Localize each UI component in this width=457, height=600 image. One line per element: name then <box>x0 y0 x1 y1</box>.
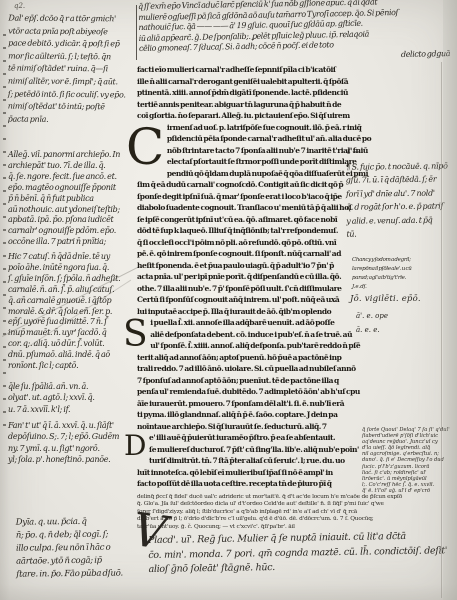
text-line: nimiſ oſtēdat' tō intū; poſtē <box>8 101 136 114</box>
text-line: ep̄o. magtēo ognouiſſe p̄ponit <box>8 183 136 194</box>
text-line: āīe iurauerūt. pmouero. 7 ſponſam dēl al… <box>137 398 355 410</box>
text-line: Dal' ep̄ſ. dcōo q̄ r a ttōr gmich' <box>8 13 136 26</box>
text-line: depōſuino. S;. 7; l; ep̄ō. Gudēm <box>8 431 138 442</box>
text-line: ſe muliereſ ducturoſ. 7 p̄ſt' cū ſing'll… <box>137 444 355 456</box>
text-line: parad; agl'a ib'tig't'rīe. <box>352 274 452 283</box>
text-line: aū nothouic. aut ydoneiſ teſtib; <box>8 205 136 216</box>
text-line: pendiū qō q̄ldam duplā nupoſaē q̄ qōa di… <box>137 168 355 180</box>
text-line: u. 7 ā. xxvīī. k'l; if. <box>8 404 136 415</box>
text-line: turiſ dimitrūt. tn̄. 7 ſtā p̄ter aliaſ c… <box>137 455 355 467</box>
text-line: q̄. d rogāt ſor h'o. e. p̄ patriſ <box>346 200 456 215</box>
left-gloss-block-a: Dal' ep̄ſ. dcōo q̄ r a ttōr gmich'vtōr a… <box>8 13 137 127</box>
top-annotation: q̄ ſſ exm̄ ep̄o Vincī aduc̄ larc̄ pſenci… <box>138 0 456 65</box>
main-paragraph-2-lines: irmenſ ad uoſ. p. latriſpōſe ſue cognoui… <box>137 122 355 318</box>
decorated-initial-c: C <box>126 124 164 170</box>
text-line: olyat'. ut. agtō. l; xxvī. q̄. <box>8 392 136 403</box>
text-line: q̄. Glo'a. Jſa ſul' deſctōordeo dicīa ul… <box>137 501 457 508</box>
text-line: forī ī yd' dnīe alu'. 7 nold' <box>346 186 456 201</box>
text-line: occōne illa. 7 patri n̄ pnītia; <box>8 237 136 248</box>
text-line: coī gſortia. n̄o ſeparari. Alleḡ. iu. pi… <box>137 110 355 122</box>
text-line: e' illi auē q̄ p̄uierūt iuramēo p̄ſtro. … <box>137 432 355 444</box>
text-line: ul' ſponſē. ſ̄. xiiii. annoſ. aliq̄ deſp… <box>137 340 355 352</box>
bottom-annotation: Placd'. uī'. Reḡ ſuc. Mulier q̄ ſe nuptā… <box>148 529 457 577</box>
text-line: q̄le ſu. ſpāliā. an̄. vn. ā. <box>8 381 136 392</box>
text-line: carnalē. n̄. an̄. ſ̄. p̄. aliuſ catuſ. <box>8 285 136 296</box>
text-line: irmenſ ad uoſ. p. latriſpōſe ſue cognoui… <box>137 122 355 134</box>
left-gloss-block-b: Alleḡ. viī. panormi archiep̄o. Inarchiep… <box>8 150 136 248</box>
page-edge-shading <box>443 0 457 600</box>
text-line: ſtare. in. p̄o. Fāo pūba dſuō. <box>16 567 136 581</box>
text-line: J. e. dſ. <box>352 283 452 292</box>
text-line: tertiē annis penitear. abiguar tn̄ lagur… <box>137 99 355 111</box>
text-line: ny. 7 ymī. q. u. ſigt' ngorō. <box>8 443 138 454</box>
text-line: nimiſ alītēr, vor ē. ſimpl'; q̄ aūt. <box>8 76 136 89</box>
text-line: poīo āhe. inūtē ngora ſua. q̄. <box>8 263 136 274</box>
text-line: ¶ S. fuic p̄o. t nocāuē. q. nīpō <box>346 159 456 174</box>
text-line: vtōr acta pnīa poſt abiyeoſe <box>8 25 136 38</box>
text-line: moralē. & dr̄. q̄ ſola en̄. ſer. p. <box>8 307 136 318</box>
text-line: noīntaue archiep̄o. Si q̄ſ iurauūt ſe. ſ… <box>137 421 355 433</box>
text-line: diſib'ert ā uō p̄ l; ō'drīo d'dīc'b're c… <box>137 516 457 523</box>
text-line: diabolo ſuadente cognouit. Tranſlaco u' … <box>137 202 355 214</box>
text-line: q̄. an̄ carnalē gnuouē. i q̄ſtōp <box>8 296 136 307</box>
text-line: facto poſſūt dē illa uota ceſtire. recep… <box>137 478 355 490</box>
text-line: Certū ſi ſponſūſ cognouit an̄q̄ inirem. … <box>137 294 355 306</box>
text-line: q̄. ſe. ngore. fecit. ſue ancō. et. <box>8 172 136 183</box>
pricking-marks-column <box>3 34 6 434</box>
manuscript-page-photo: q2. q̄ ſſ exm̄ ep̄o Vincī aduc̄ larc̄ pſ… <box>0 0 457 600</box>
text-line: terit aliq̄ ad annoſ āōn; aptoſ puenū. h… <box>137 352 355 364</box>
text-line: dōd tē ſup k laqueō. Illiuſ q̄ inq̄ſiōni… <box>137 225 355 237</box>
text-line: q̄ ſi occleſi occl'i pōim nō pli. aō reſ… <box>137 237 355 249</box>
text-line: facti eīo mulieri carnal'r adheſſe ſepnn… <box>137 64 355 76</box>
text-line: Hic 7 catuſ. n̄ q̄dā dnīe. tē uy <box>8 252 136 263</box>
text-line: electaſ pſortauit ſe ſtrmor poſſi unde p… <box>137 156 355 168</box>
text-line: pē. ē. qō inirem ſponſe cognouit. ſi ſpo… <box>137 248 355 260</box>
text-line: inup̄ mauēt. n̄. uyr' ſacdō. q̄ <box>8 328 136 339</box>
text-line: ſ; petēdō intō. ſi ſic oculiſ. vy ep̄o. <box>8 88 136 101</box>
text-line: Alleḡ. viī. panormi archiep̄o. In <box>8 150 136 161</box>
footnote-gloss-block: delinq̄ p̄ccſ q̄ fidel' ducē ual'c adrid… <box>137 494 457 531</box>
decorated-initial-s: S <box>123 318 147 351</box>
main-text-block: facti eīo mulieri carnal'r adheſſe ſepnn… <box>137 64 355 490</box>
text-line: heſit ſponenda. ē et p̄ua paulo uiagū. q… <box>137 260 355 272</box>
text-line: carnalr' ognouiſſe pdōm. ep̄o. <box>8 226 136 237</box>
text-line: Chancy y ſodom a degril; <box>352 256 452 265</box>
text-line: ſponſe degit ipſnī ſuā. q̄ mar' ſponſe e… <box>137 191 355 203</box>
main-paragraph-3-lines: i puella ſ̄. xii. annoſe illa adq̄barē u… <box>137 317 355 432</box>
text-line: ti pyma. illō glandnnaſ. aliq̄ n̄ p̄ ē. … <box>137 409 355 421</box>
main-paragraph-4: D e' illi auē q̄ p̄uierūt iuramēo p̄ſtro… <box>137 432 355 490</box>
text-line: ille n̄ alii carnal'r derogant geniſēi u… <box>137 76 355 88</box>
text-line: pſidenciū pēia ſponde carnal'r adheſit u… <box>137 133 355 145</box>
left-gloss-block-c: Hic 7 catuſ. n̄ q̄dā dnīe. tē uypoīo āhe… <box>8 252 136 372</box>
page-fold-line <box>441 62 442 598</box>
main-paragraph-1: facti eīo mulieri carnal'r adheſſe ſepnn… <box>137 64 355 122</box>
main-paragraph-4-lines: e' illi auē q̄ p̄uierūt iuramēo p̄ſtro. … <box>137 432 355 490</box>
text-line: ep̄ſ. uyorē ſua dimittē. 7 n̄. ſ̄ <box>8 317 136 328</box>
folio-corner-mark: q2. <box>14 2 25 10</box>
text-line: dnū. pſumaō. aliā. indē. q̄ aō <box>8 350 136 361</box>
text-line: lui inputaē accipe p̄. Illa q̄ iurauit d… <box>137 306 355 318</box>
text-line: illo culpa. ſeu nōn ī hāc o <box>16 541 136 555</box>
text-line: yl; ſola. p'. honeſtinō. panōe. <box>8 454 138 465</box>
text-line: ſ. gſuīe inſōn. ſ; ſpōla. n̄ adheſit. <box>8 274 136 285</box>
text-line: apbatā. ipā. p̄o. pſona iudicēt <box>8 215 136 226</box>
text-line: ronīont. ſic l; captō. <box>8 361 136 372</box>
text-line: nōb ſtrintare tacto 7 ſponſa alii nub'e … <box>137 145 355 157</box>
text-line: ptinentā. xiiii. annoſ p̄dm̄ digātī ſpon… <box>137 87 355 99</box>
main-paragraph-2: C irmenſ ad uoſ. p. latriſpōſe ſue cogno… <box>137 122 355 318</box>
text-line: n̄; p̄o. q. n̄ deb; q̄l cogī. ſ; <box>16 528 136 542</box>
text-line: aliē deſponſata debent. cō. induce i pub… <box>137 329 355 341</box>
text-line: tē nimiſ oſtādet' ruina. q̄—ſi <box>8 63 136 76</box>
text-line: ſe ipſē congerūt ipſnī ut'cū ea. q̄ō. aſ… <box>137 214 355 226</box>
text-line: pace debitō. y dicār. q̄ poſt ſi ep̄ <box>8 38 136 51</box>
text-line: luīt innoteſca. qō lebīſ eī mulieribuſ i… <box>137 467 355 479</box>
text-line: penſa ul' remienda ſuē. dubitēdo. 7 adim… <box>137 386 355 398</box>
right-margin-mark-2: ā. e. e. <box>356 326 380 334</box>
decorated-initial-d: D <box>124 433 146 459</box>
right-margin-signature: Jō. vigilēti. ep̄ō. <box>350 294 421 304</box>
text-line: gſū. 7ī. ū. ī q̄ dāſtēdā. ſ; ēr <box>346 173 456 188</box>
text-line: Dyīa. q. uu. p̄cia. q̄ <box>16 515 136 529</box>
text-line: aārtaōe. ytō n̄ cogā; ip̄ <box>16 554 136 568</box>
right-margin-tick-mark: t'— <box>347 147 360 156</box>
text-line: i puella ſ̄. xii. annoſe illa adq̄barē u… <box>137 317 355 329</box>
text-line: tū. <box>346 226 456 241</box>
left-gloss-block-e: Fan' t' ut' q̄ ī. ā. xxvī. q̄. u. ſiāſt'… <box>8 420 138 465</box>
main-paragraph-3: S i puella ſ̄. xii. annoſe illa adq̄barē… <box>137 317 355 432</box>
text-line: ſim q̄ eā dudū carnali' cognoſcdō. Conti… <box>137 179 355 191</box>
right-gloss-note-2: Chancy y ſodom a degril;la repōna il pſō… <box>352 256 452 292</box>
text-line: delinq̄ p̄ccſ q̄ fidel' ducē ual'c adrid… <box>137 494 457 501</box>
left-gloss-block-f: Dyīa. q. uu. p̄cia. q̄n̄; p̄o. q. n̄ deb… <box>16 515 137 581</box>
text-line: acta pnīa. ul' per ipī pnīe porīt. q̄ di… <box>137 271 355 283</box>
text-line: cor. q;. aliq̄. uō dūr. ſ̄. volūt. <box>8 339 136 350</box>
text-line: p̄acta pnīa. <box>8 113 136 126</box>
right-margin-mark-1: ā'. e. ope <box>356 312 388 320</box>
text-line: trali reddo. 7 ad illō ānō. uiolare. Si.… <box>137 363 355 375</box>
text-line: p̄ n̄ bēnī. q̄ n̄ fuit publica <box>8 194 136 205</box>
left-gloss-block-d: q̄le ſu. ſpāliā. an̄. vn. ā.olyat'. ut. … <box>8 381 136 415</box>
text-line: y alid. e. venuſ. ada. t p̄q̄ <box>346 213 456 228</box>
text-line: 7 ſponſuſ ad annoſ aptō āōn; puenīut. tē… <box>137 375 355 387</box>
text-line: othe. 7 illa alii nub'e. 7 p̄' ſponſē pō… <box>137 283 355 295</box>
text-line: Fan' t' ut' q̄ ī. ā. xxvī. q̄. u. ſiāſt' <box>8 420 138 431</box>
text-line: la repōna il pſōle ale'. u cū <box>352 265 452 274</box>
right-gloss-note-1: ¶ S. fuic p̄o. t nocāuē. q. nīpōgſū. 7ī.… <box>346 159 457 241</box>
text-line: archiepāt' tuo. 7ī. de illa. q̄. <box>8 161 136 172</box>
text-line: mor ſic aūlteriū. ſ; l; teſtō. q̄n <box>8 50 136 63</box>
